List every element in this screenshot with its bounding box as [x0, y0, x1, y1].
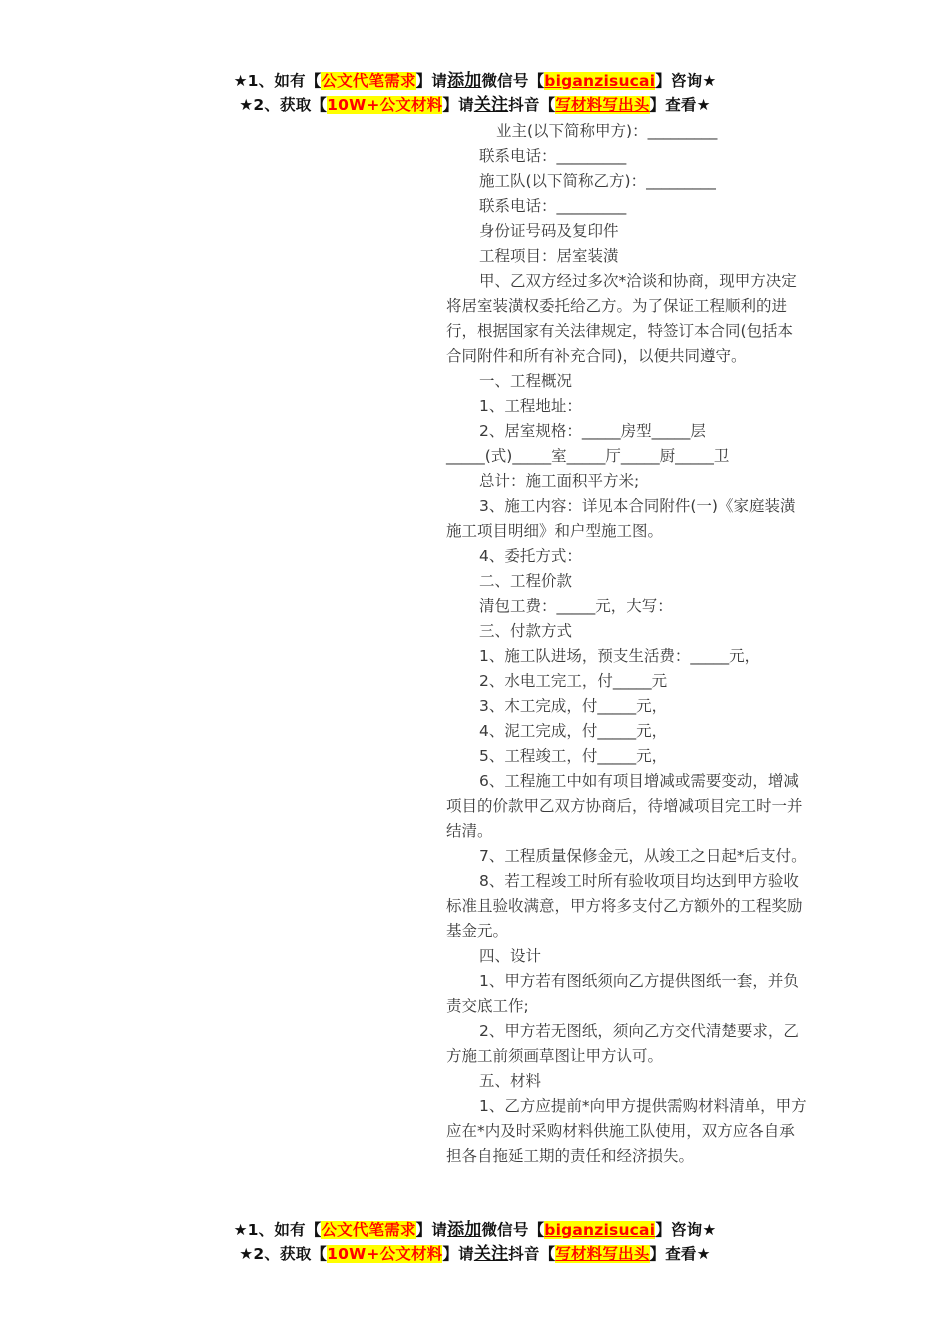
highlight-service: 公文代笔需求: [321, 1221, 415, 1239]
paragraph: 甲、乙双方经过多次*洽谈和协商，现甲方决定将居室装潢权委托给乙方。为了保证工程顺…: [446, 269, 808, 369]
promo-line-2: ★2、获取【10W+公文材料】请关注抖音【写材料写出头】查看★: [0, 1242, 950, 1266]
promo-text: 抖音【: [508, 96, 555, 114]
paragraph: 6、工程施工中如有项目增减或需要变动，增减项目的价款甲乙双方协商后，待增减项目完…: [446, 769, 808, 844]
wechat-id[interactable]: biganzisucai: [544, 72, 655, 90]
promo-text: ★1、如有【: [234, 1221, 322, 1239]
paragraph: 1、甲方若有图纸须向乙方提供图纸一套，并负责交底工作;: [446, 969, 808, 1019]
promo-text: ★2、获取【: [239, 1245, 327, 1263]
contract-body: 业主(以下简称甲方)：_________联系电话：_________施工队(以下…: [446, 119, 808, 1169]
paragraph: 8、若工程竣工时所有验收项目均达到甲方验收标准且验收满意，甲方将多支付乙方额外的…: [446, 869, 808, 944]
paragraph: 一、工程概况: [446, 369, 808, 394]
promo-text: 微信号【: [481, 1221, 544, 1239]
paragraph: 4、委托方式：: [446, 544, 808, 569]
promo-line-1: ★1、如有【公文代笔需求】请添加微信号【biganzisucai】咨询★: [0, 69, 950, 93]
paragraph: 2、甲方若无图纸，须向乙方交代清楚要求，乙方施工前须画草图让甲方认可。: [446, 1019, 808, 1069]
paragraph: 三、付款方式: [446, 619, 808, 644]
paragraph: 3、木工完成，付_____元，: [446, 694, 808, 719]
highlight-materials: 10W+公文材料: [327, 96, 442, 114]
paragraph: 1、工程地址：: [446, 394, 808, 419]
promo-text: 】请: [416, 72, 447, 90]
promo-text: 】请: [442, 96, 473, 114]
paragraph: 联系电话：_________: [446, 194, 808, 219]
underlined-follow: 关注: [474, 95, 508, 115]
highlight-service: 公文代笔需求: [321, 72, 415, 90]
promo-text: ★2、获取【: [239, 96, 327, 114]
promo-text: 抖音【: [508, 1245, 555, 1263]
paragraph: 二、工程价款: [446, 569, 808, 594]
paragraph: 联系电话：_________: [446, 144, 808, 169]
paragraph: 总计：施工面积平方米;: [446, 469, 808, 494]
paragraph: 1、施工队进场，预支生活费：_____元，: [446, 644, 808, 669]
promo-text: 微信号【: [481, 72, 544, 90]
underlined-add: 添加: [447, 71, 481, 91]
paragraph: 身份证号码及复印件: [446, 219, 808, 244]
paragraph: 7、工程质量保修金元，从竣工之日起*后支付。: [446, 844, 808, 869]
paragraph: 业主(以下简称甲方)：_________: [446, 119, 808, 144]
highlight-materials: 10W+公文材料: [327, 1245, 442, 1263]
paragraph: 2、水电工完工，付_____元: [446, 669, 808, 694]
promo-text: 】咨询★: [655, 1221, 716, 1239]
douyin-account[interactable]: 写材料写出头: [555, 1245, 649, 1263]
underlined-follow: 关注: [474, 1244, 508, 1264]
paragraph: 2、居室规格：_____房型_____层_____(式)_____室_____厅…: [446, 419, 808, 469]
promo-text: ★1、如有【: [234, 72, 322, 90]
promo-text: 】查看★: [650, 96, 711, 114]
wechat-id[interactable]: biganzisucai: [544, 1221, 655, 1239]
promo-line-1: ★1、如有【公文代笔需求】请添加微信号【biganzisucai】咨询★: [0, 1218, 950, 1242]
paragraph: 施工队(以下简称乙方)：_________: [446, 169, 808, 194]
promo-text: 】请: [442, 1245, 473, 1263]
paragraph: 5、工程竣工，付_____元，: [446, 744, 808, 769]
underlined-add: 添加: [447, 1220, 481, 1240]
promo-text: 】咨询★: [655, 72, 716, 90]
promo-line-2: ★2、获取【10W+公文材料】请关注抖音【写材料写出头】查看★: [0, 93, 950, 117]
promo-banner-bottom: ★1、如有【公文代笔需求】请添加微信号【biganzisucai】咨询★ ★2、…: [0, 1218, 950, 1266]
paragraph: 4、泥工完成，付_____元，: [446, 719, 808, 744]
paragraph: 五、材料: [446, 1069, 808, 1094]
paragraph: 工程项目：居室装潢: [446, 244, 808, 269]
promo-banner-top: ★1、如有【公文代笔需求】请添加微信号【biganzisucai】咨询★ ★2、…: [0, 69, 950, 117]
douyin-account[interactable]: 写材料写出头: [555, 96, 649, 114]
promo-text: 】请: [416, 1221, 447, 1239]
paragraph: 四、设计: [446, 944, 808, 969]
paragraph: 1、乙方应提前*向甲方提供需购材料清单，甲方应在*内及时采购材料供施工队使用，双…: [446, 1094, 808, 1169]
paragraph: 清包工费：_____元，大写：: [446, 594, 808, 619]
paragraph: 3、施工内容：详见本合同附件(一)《家庭装潢施工项目明细》和户型施工图。: [446, 494, 808, 544]
promo-text: 】查看★: [650, 1245, 711, 1263]
